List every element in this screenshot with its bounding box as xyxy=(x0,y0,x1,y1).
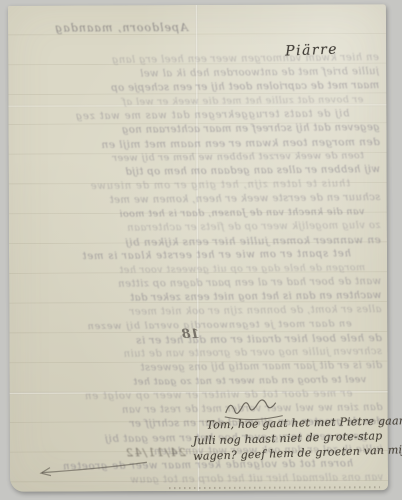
page-number-showthrough: 18 xyxy=(181,327,199,342)
scanned-letter-image: en hier kwam vanmorgen weer een heel erg… xyxy=(0,0,402,500)
arrow-stroke xyxy=(32,457,152,480)
paper-edge-perforation xyxy=(169,486,381,489)
letter-paper: en hier kwam vanmorgen weer een heel erg… xyxy=(8,4,388,492)
note-text: Tom, hoe gaat het met Pietre gaan Julli … xyxy=(192,414,402,464)
recipient-name: Piärre xyxy=(285,41,339,59)
header-showthrough-illegible: Apeldoorn, maandag xyxy=(38,21,188,35)
